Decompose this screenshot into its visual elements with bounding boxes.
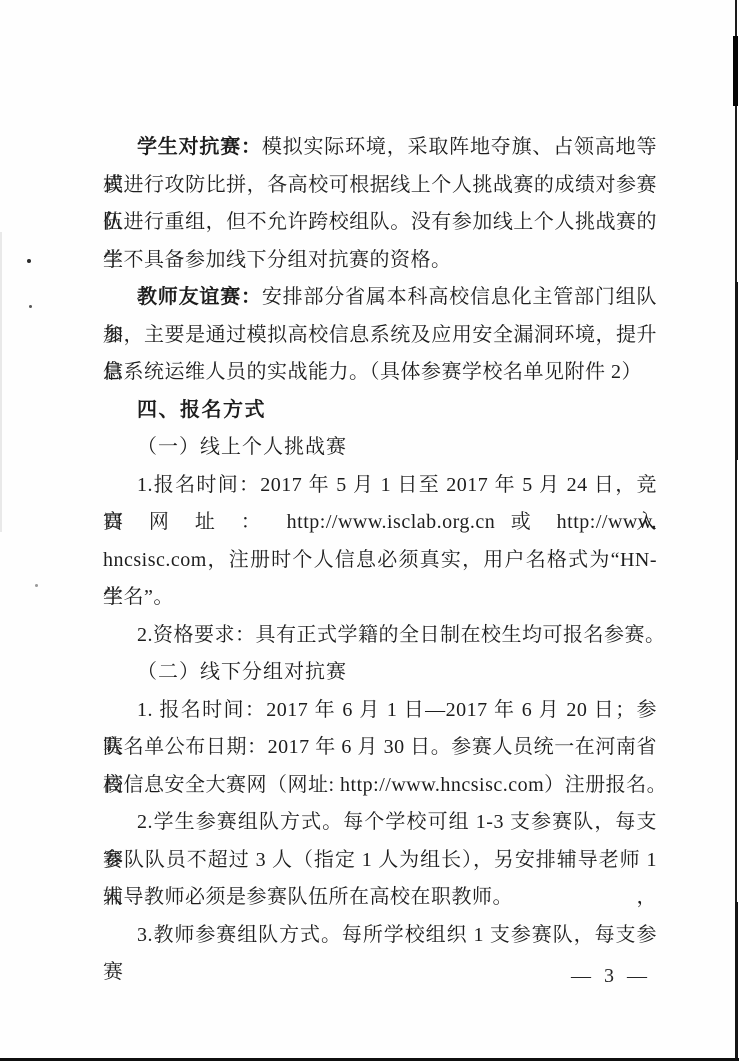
text-segment: 生不具备参加线下分组对抗赛的资格。 xyxy=(103,249,452,271)
text-segment: （二）线下分组对抗赛 xyxy=(137,661,347,683)
text-segment: 辅导教师必须是参赛队伍所在高校在职教师。 xyxy=(103,886,513,908)
bold-lead-text: 教师友谊赛： xyxy=(137,286,262,308)
text-line: 伍进行重组，但不允许跨校组队。没有参加线上个人挑战赛的学 xyxy=(103,204,657,242)
text-line: 生不具备参加线下分组对抗赛的资格。 xyxy=(103,242,657,280)
scan-artifact-right-blob xyxy=(733,36,738,106)
text-line: 1. 报名时间：2017 年 6 月 1 日—2017 年 6 月 20 日；参… xyxy=(103,692,657,730)
text-line: 2.学生参赛组队方式。每个学校可组 1-3 支参赛队，每支参 xyxy=(103,804,657,842)
text-line: 赛队队员不超过 3 人（指定 1 人为组长），另安排辅导老师 1 人， xyxy=(103,842,657,880)
scan-artifact-speck xyxy=(35,584,38,587)
page-number: — 3 — xyxy=(571,961,651,991)
text-line: 生名”。 xyxy=(103,579,657,617)
text-segment: 校信息安全大赛网（网址: http://www.hncsisc.com）注册报名… xyxy=(103,774,667,796)
scan-artifact-left-edge xyxy=(0,232,2,532)
scan-artifact-right-mid xyxy=(735,282,738,460)
text-line: 教师友谊赛：安排部分省属本科高校信息化主管部门组队参 xyxy=(103,279,657,317)
scan-artifact-speck xyxy=(27,259,31,263)
text-segment: （一）线上个人挑战赛 xyxy=(137,436,347,458)
text-segment: 口 网 址 ： http://www.isclab.org.cn 或 http:… xyxy=(103,511,657,533)
text-line: hncsisc.com，注册时个人信息必须真实，用户名格式为“HN-学 xyxy=(103,542,657,580)
document-page: 学生对抗赛：模拟实际环境，采取阵地夺旗、占领高地等模式进行攻防比拼，各高校可根据… xyxy=(0,0,739,1061)
text-segment: 2.资格要求：具有正式学籍的全日制在校生均可报名参赛。 xyxy=(137,624,666,646)
text-line: 2.资格要求：具有正式学籍的全日制在校生均可报名参赛。 xyxy=(103,617,657,655)
text-segment: 四、报名方式 xyxy=(137,399,266,421)
subsection-heading: （一）线上个人挑战赛 xyxy=(103,429,657,467)
text-line: 口 网 址 ： http://www.isclab.org.cn 或 http:… xyxy=(103,504,657,542)
text-line: 学生对抗赛：模拟实际环境，采取阵地夺旗、占领高地等模 xyxy=(103,129,657,167)
scan-artifact-speck xyxy=(29,305,32,308)
scan-artifact-right-low xyxy=(735,902,738,1058)
section-heading: 四、报名方式 xyxy=(103,392,657,430)
document-body: 学生对抗赛：模拟实际环境，采取阵地夺旗、占领高地等模式进行攻防比拼，各高校可根据… xyxy=(103,129,657,954)
bold-lead-text: 学生对抗赛： xyxy=(137,136,262,158)
text-line: 式进行攻防比拼，各高校可根据线上个人挑战赛的成绩对参赛队 xyxy=(103,167,657,205)
text-segment: 息系统运维人员的实战能力。（具体参赛学校名单见附件 2） xyxy=(103,361,642,383)
text-line: 校信息安全大赛网（网址: http://www.hncsisc.com）注册报名… xyxy=(103,767,657,805)
text-segment: 生名”。 xyxy=(103,586,174,608)
text-line: 队名单公布日期：2017 年 6 月 30 日。参赛人员统一在河南省高 xyxy=(103,729,657,767)
text-line: 3.教师参赛组队方式。每所学校组织 1 支参赛队，每支参赛 xyxy=(103,917,657,955)
text-line: 加，主要是通过模拟高校信息系统及应用安全漏洞环境，提升信 xyxy=(103,317,657,355)
subsection-heading: （二）线下分组对抗赛 xyxy=(103,654,657,692)
text-line: 息系统运维人员的实战能力。（具体参赛学校名单见附件 2） xyxy=(103,354,657,392)
text-line: 1.报名时间：2017 年 5 月 1 日至 2017 年 5 月 24 日，竞… xyxy=(103,467,657,505)
